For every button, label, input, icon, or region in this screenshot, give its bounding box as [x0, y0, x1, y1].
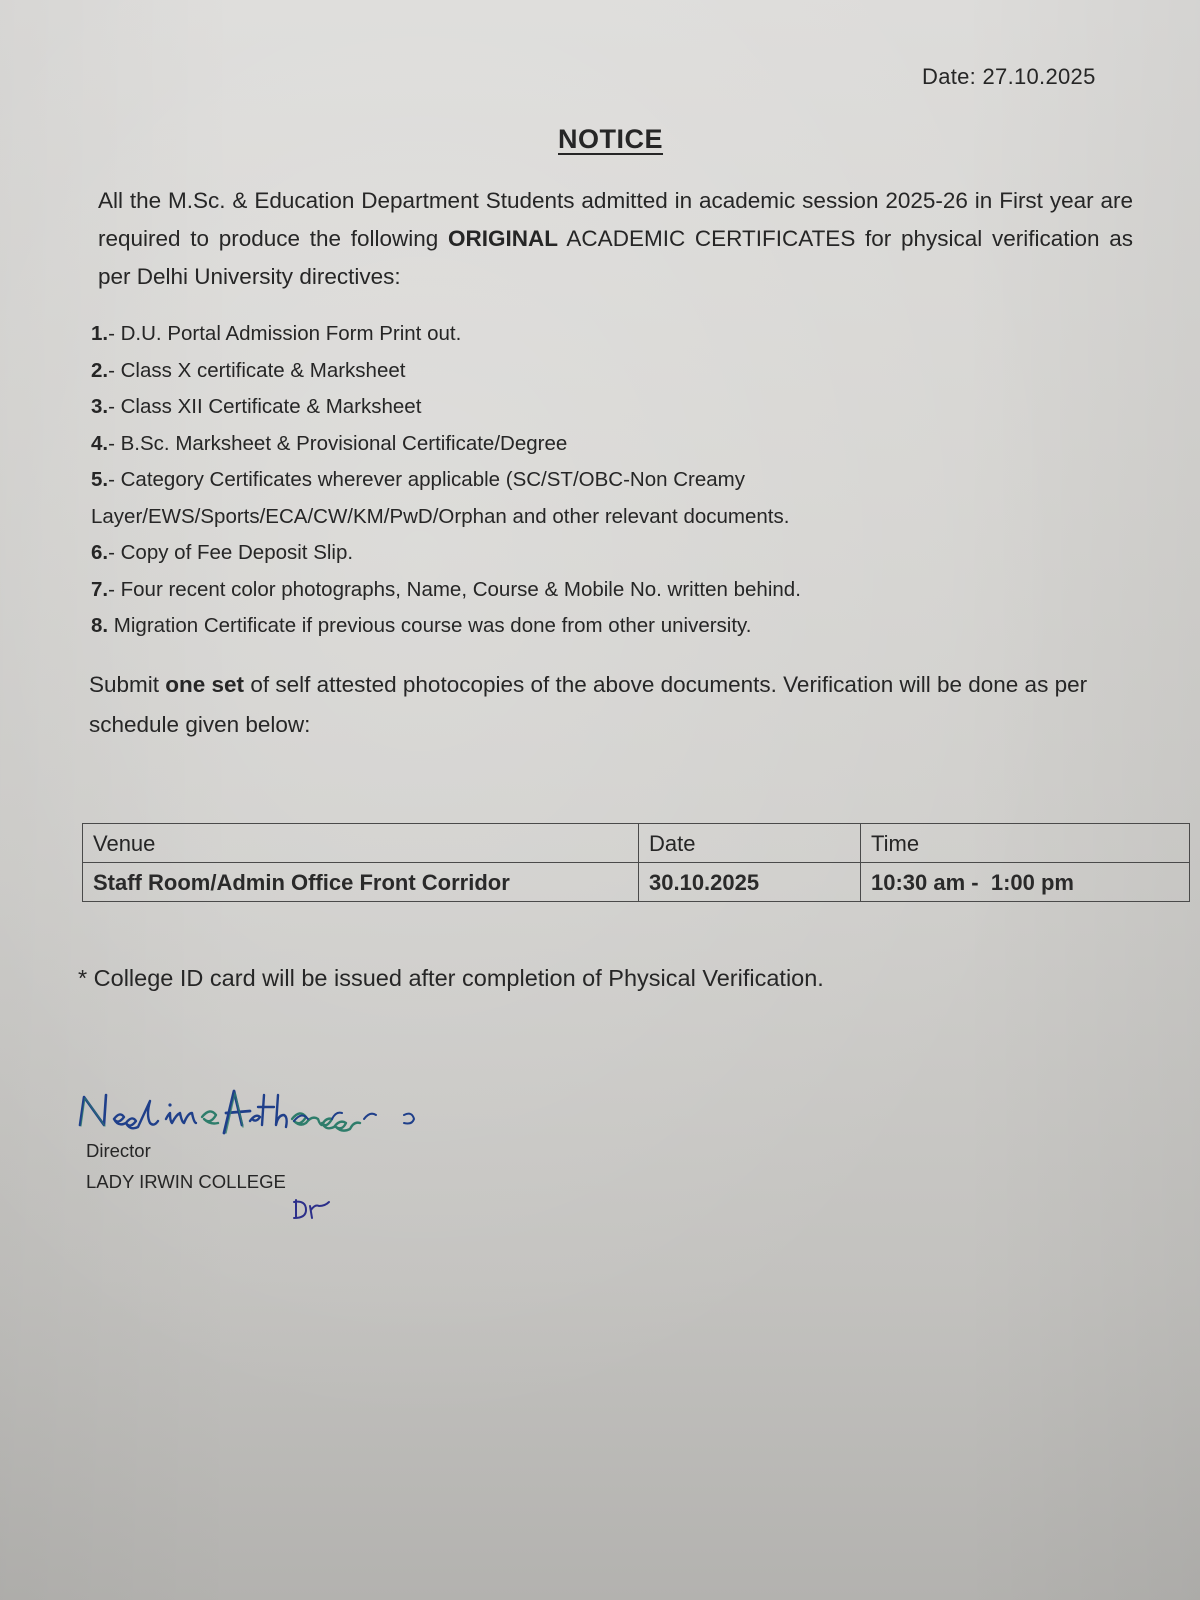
intro-paragraph: All the M.Sc. & Education Department Stu…	[98, 182, 1133, 296]
item-number: 4.	[91, 432, 108, 455]
cell-venue: Staff Room/Admin Office Front Corridor	[83, 863, 639, 902]
id-card-footnote: * College ID card will be issued after c…	[78, 965, 824, 992]
list-item: 3.- Class XII Certificate & Marksheet	[91, 389, 1091, 426]
item-text: - D.U. Portal Admission Form Print out.	[108, 322, 461, 345]
header-time: Time	[861, 824, 1190, 863]
submit-text-part1: Submit	[89, 672, 165, 697]
header-date: Date	[639, 824, 861, 863]
item-number: 7.	[91, 578, 108, 601]
item-number: 1.	[91, 322, 108, 345]
item-text: - Category Certificates wherever applica…	[91, 468, 789, 528]
table-header-row: Venue Date Time	[83, 824, 1190, 863]
submit-text-bold: one set	[165, 672, 244, 697]
item-number: 3.	[91, 395, 108, 418]
item-number: 5.	[91, 468, 108, 491]
item-text: - B.Sc. Marksheet & Provisional Certific…	[108, 432, 567, 455]
notice-title: NOTICE	[558, 124, 663, 155]
table-row: Staff Room/Admin Office Front Corridor 3…	[83, 863, 1190, 902]
list-item: 1.- D.U. Portal Admission Form Print out…	[91, 316, 1091, 353]
cell-date: 30.10.2025	[639, 863, 861, 902]
signatory-designation: Director	[86, 1135, 286, 1166]
item-text: - Copy of Fee Deposit Slip.	[108, 541, 353, 564]
header-venue: Venue	[83, 824, 639, 863]
cell-time: 10:30 am - 1:00 pm	[861, 863, 1190, 902]
signatory-block: Director LADY IRWIN COLLEGE	[86, 1135, 286, 1197]
verification-schedule-table: Venue Date Time Staff Room/Admin Office …	[82, 823, 1190, 902]
item-number: 2.	[91, 359, 108, 382]
submit-instructions: Submit one set of self attested photocop…	[89, 665, 1109, 745]
item-number: 8.	[91, 614, 108, 637]
item-text: - Class X certificate & Marksheet	[108, 359, 405, 382]
item-number: 6.	[91, 541, 108, 564]
list-item: 6.- Copy of Fee Deposit Slip.	[91, 535, 1091, 572]
required-documents-list: 1.- D.U. Portal Admission Form Print out…	[91, 316, 1091, 645]
item-text: Migration Certificate if previous course…	[108, 614, 751, 637]
notice-date: Date: 27.10.2025	[922, 64, 1096, 90]
signatory-institution: LADY IRWIN COLLEGE	[86, 1166, 286, 1197]
item-text: - Class XII Certificate & Marksheet	[108, 395, 421, 418]
list-item: 2.- Class X certificate & Marksheet	[91, 353, 1091, 390]
item-text: - Four recent color photographs, Name, C…	[108, 578, 801, 601]
list-item: 7.- Four recent color photographs, Name,…	[91, 572, 1091, 609]
intro-text-bold: ORIGINAL	[448, 226, 558, 251]
initials-mark-icon: Dr	[290, 1196, 340, 1222]
list-item: 8. Migration Certificate if previous cou…	[91, 608, 1091, 645]
list-item: 4.- B.Sc. Marksheet & Provisional Certif…	[91, 426, 1091, 463]
list-item: 5.- Category Certificates wherever appli…	[91, 462, 981, 535]
